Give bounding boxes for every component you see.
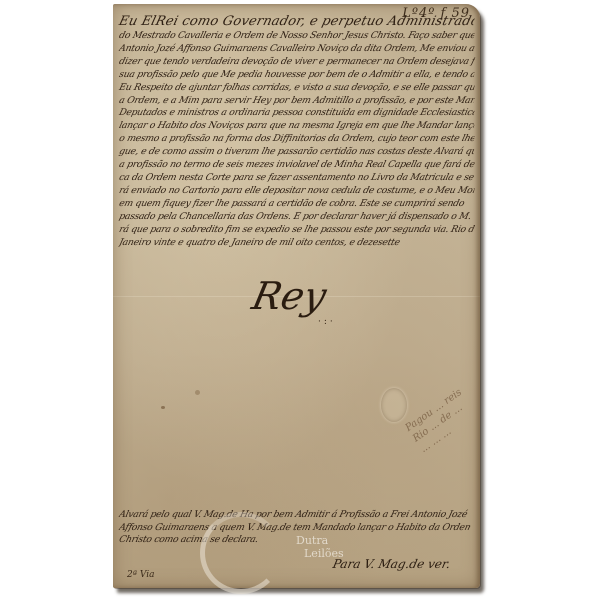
- decree-line: rá que para o sobredito fim se expedio s…: [117, 224, 475, 237]
- ink-stain: [195, 390, 200, 395]
- summary-line: Affonso Guimaraens a quem V. Mag.de tem …: [117, 522, 471, 535]
- decree-line: rá enviado no Cartorio para elle deposit…: [117, 185, 475, 198]
- summary-line: Alvará pelo qual V. Mag.de Ha por bem Ad…: [117, 509, 471, 522]
- royal-signature: Rey: [248, 274, 330, 318]
- alvara-summary: Alvará pelo qual V. Mag.de Ha por bem Ad…: [119, 509, 470, 547]
- page-mark: 2ª Via: [127, 570, 154, 580]
- decree-line: do Mestrado Cavalleria e Ordem de Nosso …: [117, 30, 475, 43]
- decree-line: em quem fiquey fizer lhe passará a certi…: [117, 198, 475, 211]
- decree-line: Antonio Jozé Affonso Guimaraens Cavallei…: [117, 43, 475, 56]
- signature-flourish-dots: ·:·: [318, 317, 336, 327]
- decree-line: Deputados e ministros a ordinaria pessoa…: [117, 107, 475, 120]
- decree-line: dizer que tendo verdadeira devoção de vi…: [117, 56, 475, 69]
- ink-stain: [161, 406, 165, 409]
- closing-signature: Para V. Mag.de ver.: [331, 557, 451, 571]
- decree-line: passado pela Chancellaria das Ordens. E …: [117, 211, 475, 224]
- decree-line: Eu Respeito de ajuntar folhas corridas, …: [117, 82, 475, 95]
- decree-body: Eu ElRei como Governador, e perpetuo Adm…: [119, 14, 474, 249]
- decree-line: sua profissão pelo que Me pedia houvesse…: [117, 69, 475, 82]
- decree-line: o mesmo a profissão na forma dos Diffini…: [117, 133, 475, 146]
- decree-line: lançar o Habito dos Noviços para que na …: [117, 120, 475, 133]
- decree-line: ca da Ordem nesta Corte para se fazer as…: [117, 172, 475, 185]
- faded-marginal-note: Pagou ... reis Rio ... de ... ... ... ..…: [403, 386, 479, 456]
- decree-line: a Ordem, e a Mim para servir Hey por bem…: [117, 95, 475, 108]
- decree-line: Eu ElRei como Governador, e perpetuo Adm…: [117, 14, 476, 30]
- decree-line: gue, e de como assim o tiveram lhe passa…: [117, 146, 475, 159]
- decree-line: Janeiro vinte e quatro de Janeiro de mil…: [117, 237, 475, 250]
- summary-line: Christo como acima se declara.: [117, 534, 471, 547]
- manuscript-page: Lº4º f 59 Eu ElRei como Governador, e pe…: [113, 4, 480, 588]
- decree-line: a profissão no termo de seis mezes invio…: [117, 159, 475, 172]
- embossed-seal-icon: [381, 388, 407, 422]
